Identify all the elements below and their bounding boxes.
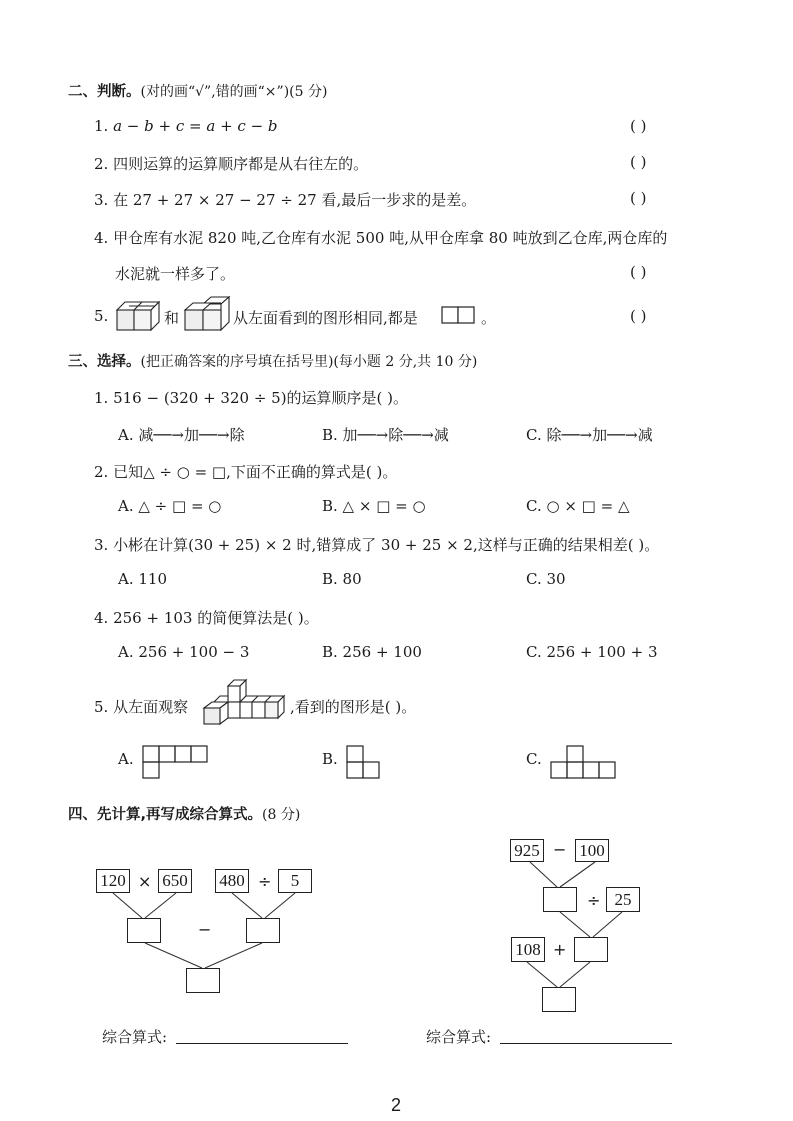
expression-answer-line[interactable] bbox=[176, 1043, 348, 1044]
number-box-120: 120 bbox=[96, 869, 130, 893]
number-box-480: 480 bbox=[215, 869, 249, 893]
answer-box-product[interactable] bbox=[127, 918, 161, 943]
divide-operator: ÷ bbox=[258, 872, 271, 891]
tree-connector-lines bbox=[0, 0, 793, 1121]
answer-box-difference[interactable] bbox=[543, 887, 577, 912]
expression-label: 综合算式: bbox=[102, 1026, 167, 1047]
answer-box-quotient[interactable] bbox=[246, 918, 280, 943]
expression-answer-line[interactable] bbox=[500, 1043, 672, 1044]
divide-operator: ÷ bbox=[587, 891, 600, 910]
number-box-25: 25 bbox=[606, 887, 640, 912]
minus-operator: − bbox=[553, 840, 566, 859]
times-operator: × bbox=[138, 872, 151, 891]
number-box-5: 5 bbox=[278, 869, 312, 893]
answer-box-result[interactable] bbox=[186, 968, 220, 993]
number-box-108: 108 bbox=[511, 937, 545, 962]
number-box-925: 925 bbox=[510, 839, 544, 862]
answer-box-quotient[interactable] bbox=[574, 937, 608, 962]
minus-operator: − bbox=[198, 920, 211, 939]
number-box-650: 650 bbox=[158, 869, 192, 893]
page-number: 2 bbox=[391, 1095, 401, 1116]
expression-label: 综合算式: bbox=[426, 1026, 491, 1047]
plus-operator: + bbox=[553, 940, 566, 959]
answer-box-result[interactable] bbox=[542, 987, 576, 1012]
number-box-100: 100 bbox=[575, 839, 609, 862]
